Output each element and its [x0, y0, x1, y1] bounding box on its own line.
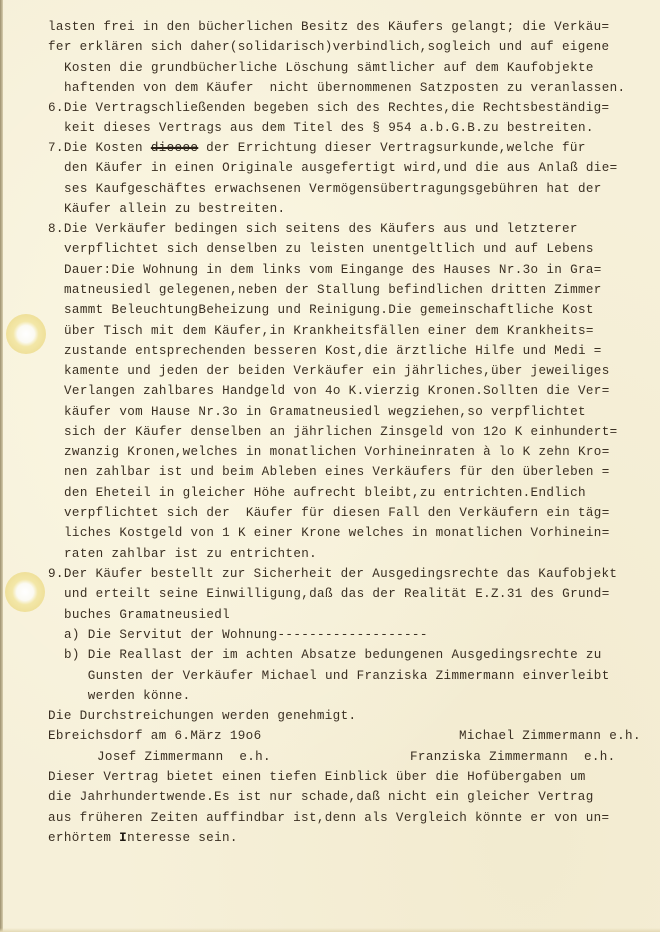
clause-7-line: 7.Die Kosten dieeee der Errichtung diese…: [48, 140, 586, 156]
clause-8-line: Dauer:Die Wohnung in dem links vom Einga…: [64, 262, 602, 278]
struck-through-word: dieeee: [151, 141, 198, 155]
commentary-line: die Jahrhundertwende.Es ist nur schade,d…: [48, 789, 594, 805]
clause-9-item-a: a) Die Servitut der Wohnung-------------…: [64, 627, 428, 643]
clause-7-suffix: der Errichtung dieser Vertragsurkunde,we…: [198, 141, 585, 155]
commentary-line: Dieser Vertrag bietet einen tiefen Einbl…: [48, 769, 586, 785]
approval-note: Die Durchstreichungen werden genehmigt.: [48, 708, 356, 724]
clause-7-line: Käufer allein zu bestreiten.: [64, 201, 285, 217]
commentary-prefix: erhörtem: [48, 831, 119, 845]
text-line: haftenden von dem Käufer nicht übernomme…: [64, 80, 625, 96]
signature-franziska: Franziska Zimmermann e.h.: [410, 749, 616, 765]
commentary-suffix: nteresse sein.: [127, 831, 238, 845]
commentary-line: erhörtem Interesse sein.: [48, 830, 238, 846]
clause-9-item-b: Gunsten der Verkäufer Michael und Franzi…: [64, 668, 610, 684]
clause-8-line: käufer vom Hause Nr.3o in Gramatneusiedl…: [64, 404, 586, 420]
clause-7-line: den Käufer in einen Originale ausgeferti…: [64, 160, 618, 176]
overtyped-letter: I: [119, 831, 127, 845]
clause-8-line: den Eheteil in gleicher Höhe aufrecht bl…: [64, 485, 586, 501]
clause-6-line: keit dieses Vertrags aus dem Titel des §…: [64, 120, 594, 136]
clause-8-line: verpflichtet sich der Käufer für diesen …: [64, 505, 610, 521]
clause-9-line: 9.Der Käufer bestellt zur Sicherheit der…: [48, 566, 617, 582]
clause-8-line: sammt BeleuchtungBeheizung und Reinigung…: [64, 302, 594, 318]
clause-7-line: ses Kaufgeschäftes erwachsenen Vermögens…: [64, 181, 602, 197]
text-line: fer erklären sich daher(solidarisch)verb…: [48, 39, 609, 55]
clause-8-line: Verlangen zahlbares Handgeld von 4o K.vi…: [64, 383, 610, 399]
clause-8-line: matneusiedl gelegenen,neben der Stallung…: [64, 282, 602, 298]
signature-josef: Josef Zimmermann e.h.: [97, 749, 271, 765]
clause-9-item-b: b) Die Reallast der im achten Absatze be…: [64, 647, 602, 663]
clause-8-line: zustande entsprechenden besseren Kost,di…: [64, 343, 602, 359]
document-page: lasten frei in den bücherlichen Besitz d…: [0, 0, 660, 932]
clause-8-line: sich der Käufer denselben an jährlichen …: [64, 424, 618, 440]
clause-8-line: 8.Die Verkäufer bedingen sich seitens de…: [48, 221, 578, 237]
clause-8-line: zwanzig Kronen,welches in monatlichen Vo…: [64, 444, 610, 460]
clause-8-line: verpflichtet sich denselben zu leisten u…: [64, 241, 594, 257]
text-line: lasten frei in den bücherlichen Besitz d…: [48, 19, 609, 35]
clause-7-prefix: 7.Die Kosten: [48, 141, 151, 155]
paper-left-edge: [0, 0, 3, 932]
clause-9-item-b: werden könne.: [64, 688, 191, 704]
clause-9-line: buches Gramatneusiedl: [64, 607, 230, 623]
clause-8-line: kamente und jeden der beiden Verkäufer e…: [64, 363, 610, 379]
clause-8-line: nen zahlbar ist und beim Ableben eines V…: [64, 464, 610, 480]
clause-9-line: und erteilt seine Einwilligung,daß das d…: [64, 586, 610, 602]
punch-hole-icon: [5, 572, 45, 612]
paper-bottom-edge: [0, 928, 660, 932]
clause-8-line: über Tisch mit dem Käufer,in Krankheitsf…: [64, 323, 594, 339]
punch-hole-icon: [6, 314, 46, 354]
clause-8-line: liches Kostgeld von 1 K einer Krone welc…: [64, 525, 610, 541]
clause-6-line: 6.Die Vertragschließenden begeben sich d…: [48, 100, 609, 116]
commentary-line: aus früheren Zeiten auffindbar ist,denn …: [48, 810, 609, 826]
place-date: Ebreichsdorf am 6.März 19o6: [48, 728, 262, 744]
signature-michael: Michael Zimmermann e.h.: [459, 728, 641, 744]
text-line: Kosten die grundbücherliche Löschung säm…: [64, 60, 594, 76]
clause-8-line: raten zahlbar ist zu entrichten.: [64, 546, 317, 562]
